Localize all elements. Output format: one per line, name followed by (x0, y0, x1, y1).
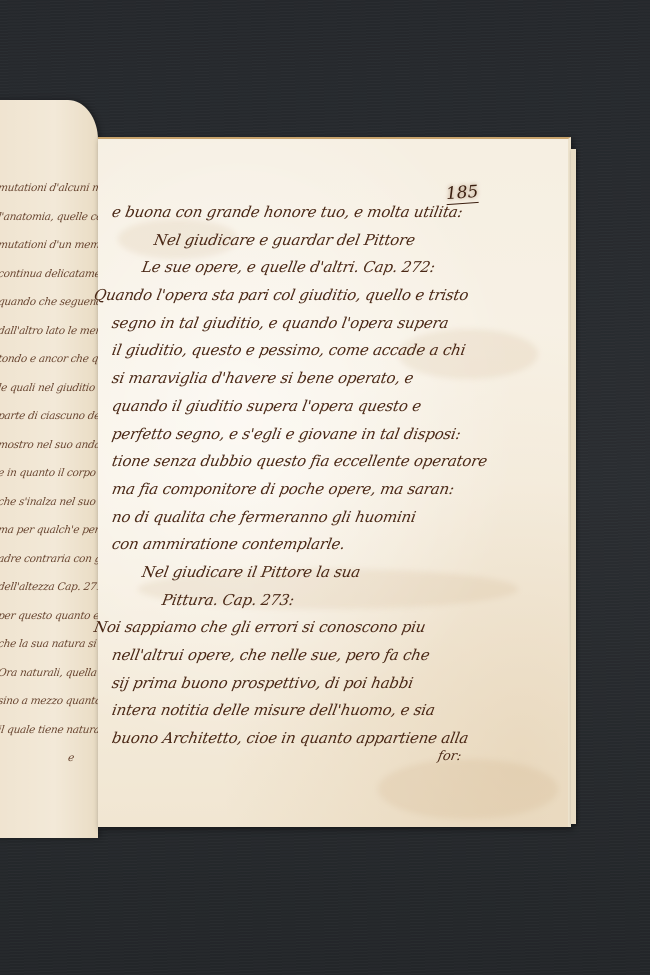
left-page-line: ma per qualch'e pensata (0, 516, 98, 545)
left-page-line: tondo e ancor che questa in (0, 345, 98, 374)
left-page-line: mostro nel suo andare e corso (0, 431, 98, 460)
left-page-line: parte di ciascuno de' membri (0, 402, 98, 431)
left-page-line: e in quanto il corpo si pieghi (0, 459, 98, 488)
manuscript-line: intera notitia delle misure dell'huomo, … (110, 697, 555, 725)
left-page-line: Ora naturali, quella gran (0, 659, 98, 688)
left-page-line: le quali nel giuditio tutto (0, 374, 98, 403)
manuscript-line: con ammiratione contemplarle. (110, 531, 555, 559)
left-page-line: mutationi d'alcuni membri di (0, 174, 98, 203)
left-page-line: il quale tiene natura e suo (0, 716, 98, 745)
left-page-line: per questo quanto e la parte (0, 602, 98, 631)
manuscript-line: nell'altrui opere, che nelle sue, pero f… (110, 642, 555, 670)
manuscript-line: sij prima buono prospettivo, di poi habb… (110, 670, 555, 698)
chapter-heading-line: Le sue opere, e quelle d'altri. Cap. 272… (110, 254, 555, 282)
left-page-line: mutationi d'un membro in quello (0, 231, 98, 260)
catchword: for: (437, 749, 463, 764)
manuscript-line: si maraviglia d'havere si bene operato, … (110, 365, 555, 393)
manuscript-line: Noi sappiamo che gli errori si conoscono… (92, 614, 555, 642)
left-page-line: sino a mezzo quanto dunque (0, 687, 98, 716)
chapter-heading-line: Pittura. Cap. 273: (110, 587, 555, 615)
manuscript-line: segno in tal giuditio, e quando l'opera … (110, 310, 555, 338)
manuscript-line: no di qualita che fermeranno gli huomini (110, 504, 555, 532)
right-page: 185 e buona con grande honore tuo, e mol… (98, 137, 571, 827)
left-page-line: dall'altro lato le membra (0, 317, 98, 346)
manuscript-line: Quando l'opera sta pari col giuditio, qu… (92, 282, 555, 310)
left-page-line: continua delicatamente in questo (0, 260, 98, 289)
manuscript-line: ma fia componitore di poche opere, ma sa… (110, 476, 555, 504)
manuscript-line: e buona con grande honore tuo, e molta u… (110, 199, 555, 227)
manuscript-text: e buona con grande honore tuo, e molta u… (112, 199, 552, 753)
left-page-line: l'anatomia, quelle cose e simpatiche (0, 203, 98, 232)
left-page-line: dell'altezza Cap. 271: (0, 573, 98, 602)
left-page: mutationi d'alcuni membri di l'anatomia,… (0, 100, 98, 838)
left-page-line: che s'inalza nel suo modo (0, 488, 98, 517)
left-page-line: che la sua natura si trova (0, 630, 98, 659)
left-page-line: adre contraria con gran (0, 545, 98, 574)
left-page-text: mutationi d'alcuni membri di l'anatomia,… (0, 174, 98, 773)
manuscript-line: il giuditio, questo e pessimo, come acca… (110, 337, 555, 365)
left-page-line: quando che seguendo l'huomo (0, 288, 98, 317)
manuscript-line: perfetto segno, e s'egli e giovane in ta… (110, 421, 555, 449)
manuscript-line: quando il giuditio supera l'opera questo… (110, 393, 555, 421)
chapter-heading-line: Nel giudicare e guardar del Pittore (110, 227, 555, 255)
left-page-line: e (0, 744, 98, 773)
manuscript-line: buono Architetto, cioe in quanto apparti… (110, 725, 555, 753)
chapter-heading-line: Nel giudicare il Pittore la sua (110, 559, 555, 587)
paper-stain (378, 759, 558, 819)
manuscript-line: tione senza dubbio questo fia eccellente… (110, 448, 555, 476)
